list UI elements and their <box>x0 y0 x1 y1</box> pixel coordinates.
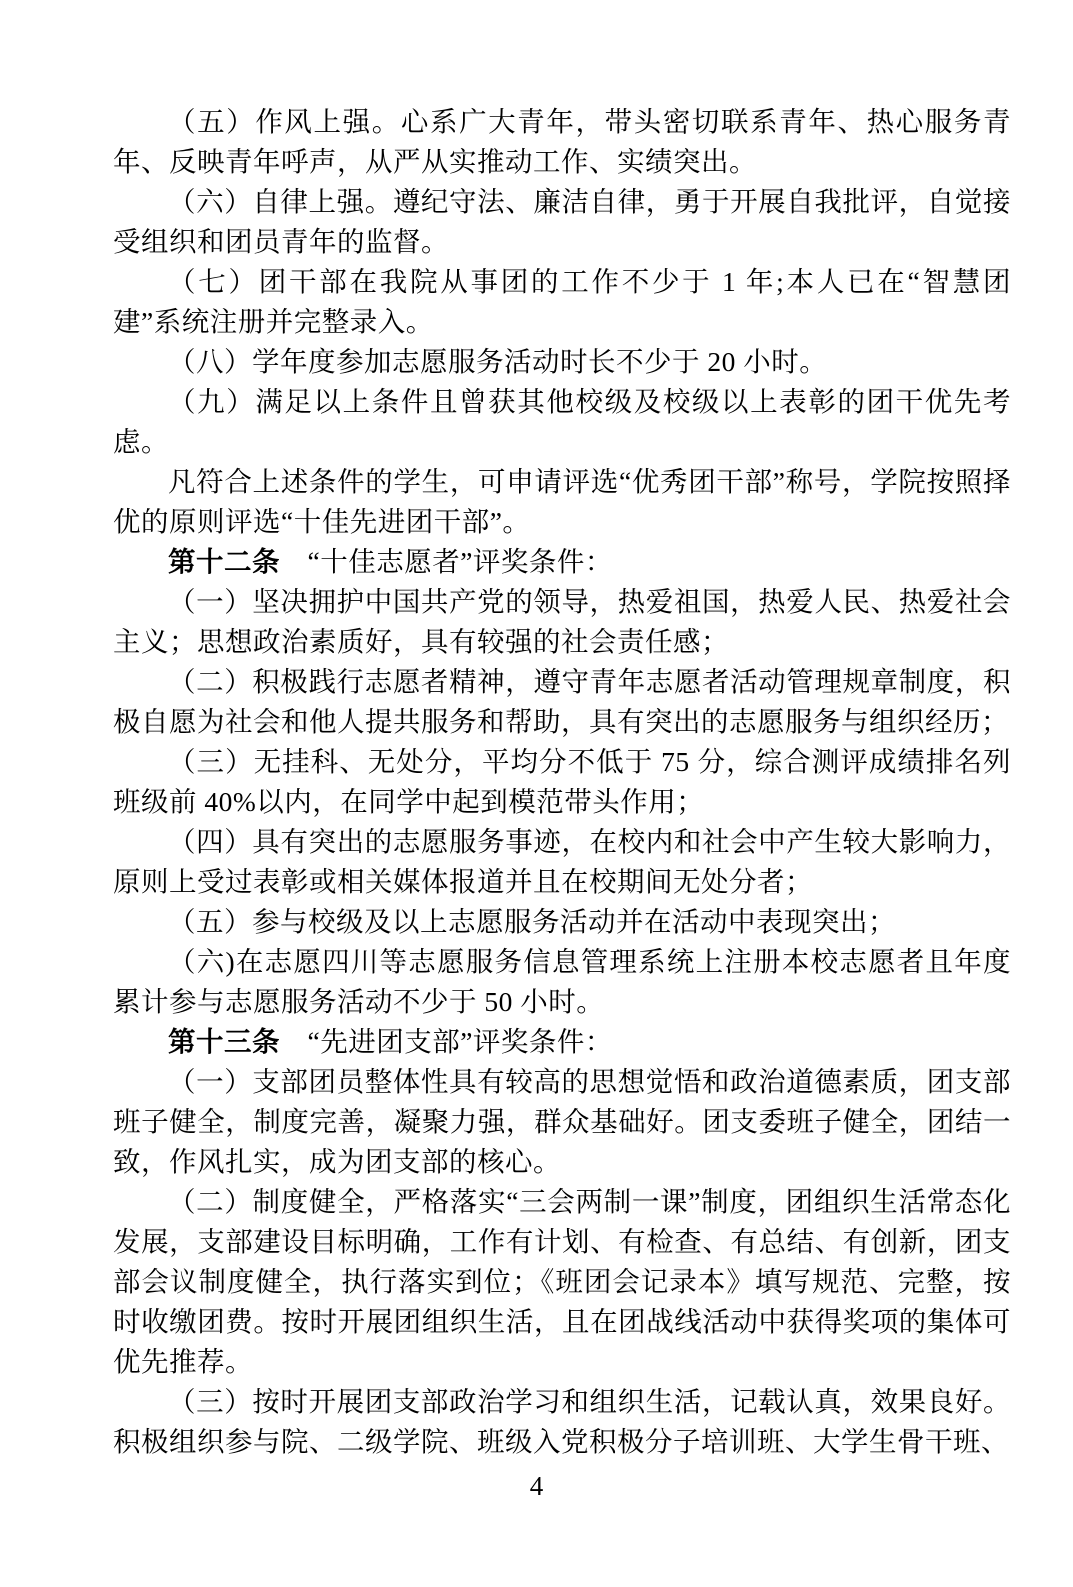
paragraph: （八）学年度参加志愿服务活动时长不少于 20 小时。 <box>113 342 1011 382</box>
paragraph: （一）支部团员整体性具有较高的思想觉悟和政治道德素质，团支部班子健全，制度完善，… <box>113 1062 1011 1182</box>
document-page: （五）作风上强。心系广大青年，带头密切联系青年、热心服务青年、反映青年呼声，从严… <box>0 0 1073 1587</box>
paragraph: （七）团干部在我院从事团的工作不少于 1 年;本人已在“智慧团建”系统注册并完整… <box>113 262 1011 342</box>
paragraph-text: 凡符合上述条件的学生，可申请评选“优秀团干部”称号，学院按照择优的原则评选“十佳… <box>113 466 1011 537</box>
paragraph: （九）满足以上条件且曾获其他校级及校级以上表彰的团干优先考虑。 <box>113 382 1011 462</box>
paragraph: （二）积极践行志愿者精神，遵守青年志愿者活动管理规章制度，积极自愿为社会和他人提… <box>113 662 1011 742</box>
paragraph: （六)在志愿四川等志愿服务信息管理系统上注册本校志愿者且年度累计参与志愿服务活动… <box>113 942 1011 1022</box>
paragraph-text: “先进团支部”评奖条件： <box>308 1026 613 1057</box>
paragraph: （三）按时开展团支部政治学习和组织生活，记载认真，效果良好。积极组织参与院、二级… <box>113 1382 1011 1462</box>
paragraph-text: （三）按时开展团支部政治学习和组织生活，记载认真，效果良好。积极组织参与院、二级… <box>113 1386 1011 1457</box>
paragraph: （五）作风上强。心系广大青年，带头密切联系青年、热心服务青年、反映青年呼声，从严… <box>113 102 1011 182</box>
paragraph-text: （六)在志愿四川等志愿服务信息管理系统上注册本校志愿者且年度累计参与志愿服务活动… <box>113 946 1011 1017</box>
paragraph: （二）制度健全，严格落实“三会两制一课”制度，团组织生活常态化发展，支部建设目标… <box>113 1182 1011 1382</box>
paragraph: 凡符合上述条件的学生，可申请评选“优秀团干部”称号，学院按照择优的原则评选“十佳… <box>113 462 1011 542</box>
paragraph-text: （五）参与校级及以上志愿服务活动并在活动中表现突出； <box>168 906 896 937</box>
paragraph: （五）参与校级及以上志愿服务活动并在活动中表现突出； <box>113 902 1011 942</box>
paragraph: （四）具有突出的志愿服务事迹，在校内和社会中产生较大影响力，原则上受过表彰或相关… <box>113 822 1011 902</box>
paragraph-text: （二）制度健全，严格落实“三会两制一课”制度，团组织生活常态化发展，支部建设目标… <box>113 1186 1011 1377</box>
paragraph-text: （六）自律上强。遵纪守法、廉洁自律，勇于开展自我批评，自觉接受组织和团员青年的监… <box>113 186 1011 257</box>
paragraph-text: （八）学年度参加志愿服务活动时长不少于 20 小时。 <box>168 346 827 377</box>
article-number: 第十三条 <box>168 1026 280 1057</box>
paragraph-text: （一）坚决拥护中国共产党的领导，热爱祖国，热爱人民、热爱社会主义；思想政治素质好… <box>113 586 1011 657</box>
paragraph-text: （七）团干部在我院从事团的工作不少于 1 年;本人已在“智慧团建”系统注册并完整… <box>113 266 1011 337</box>
paragraph: （三）无挂科、无处分，平均分不低于 75 分，综合测评成绩排名列班级前 40%以… <box>113 742 1011 822</box>
paragraph-text: （二）积极践行志愿者精神，遵守青年志愿者活动管理规章制度，积极自愿为社会和他人提… <box>113 666 1011 737</box>
article-heading: 第十二条“十佳志愿者”评奖条件： <box>113 542 1011 582</box>
article-number: 第十二条 <box>168 546 280 577</box>
paragraph-text: “十佳志愿者”评奖条件： <box>308 546 613 577</box>
paragraph-text: （一）支部团员整体性具有较高的思想觉悟和政治道德素质，团支部班子健全，制度完善，… <box>113 1066 1011 1177</box>
paragraph-text: （三）无挂科、无处分，平均分不低于 75 分，综合测评成绩排名列班级前 40%以… <box>113 746 1011 817</box>
paragraph-text: （九）满足以上条件且曾获其他校级及校级以上表彰的团干优先考虑。 <box>113 386 1011 457</box>
page-number: 4 <box>0 1468 1073 1504</box>
paragraph: （一）坚决拥护中国共产党的领导，热爱祖国，热爱人民、热爱社会主义；思想政治素质好… <box>113 582 1011 662</box>
paragraph-text: （四）具有突出的志愿服务事迹，在校内和社会中产生较大影响力，原则上受过表彰或相关… <box>113 826 1011 897</box>
paragraph: （六）自律上强。遵纪守法、廉洁自律，勇于开展自我批评，自觉接受组织和团员青年的监… <box>113 182 1011 262</box>
document-body: （五）作风上强。心系广大青年，带头密切联系青年、热心服务青年、反映青年呼声，从严… <box>113 102 1011 1462</box>
paragraph-text: （五）作风上强。心系广大青年，带头密切联系青年、热心服务青年、反映青年呼声，从严… <box>113 106 1011 177</box>
article-heading: 第十三条“先进团支部”评奖条件： <box>113 1022 1011 1062</box>
